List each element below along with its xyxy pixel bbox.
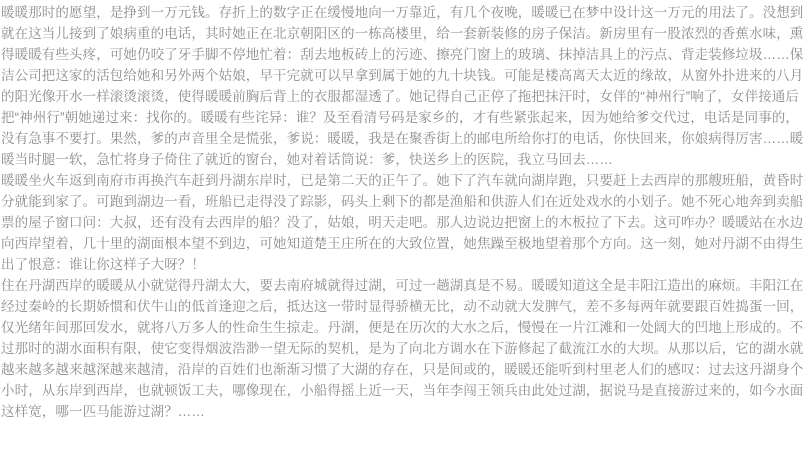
document-page: 暖暖那时的愿望，是挣到一万元钱。存折上的数字正在缓慢地向一万靠近，有几个夜晚，暖… — [0, 0, 810, 458]
paragraph: 住在丹湖西岸的暖暖从小就觉得丹湖太大，要去南府城就得过湖，可过一趟湖真是不易。暖… — [1, 275, 810, 422]
paragraph: 暖暖那时的愿望，是挣到一万元钱。存折上的数字正在缓慢地向一万靠近，有几个夜晚，暖… — [1, 2, 810, 170]
paragraph: 暖暖坐火车返到南府市再换汽车赶到丹湖东岸时，已是第二天的正午了。她下了汽车就向湖… — [1, 170, 810, 275]
